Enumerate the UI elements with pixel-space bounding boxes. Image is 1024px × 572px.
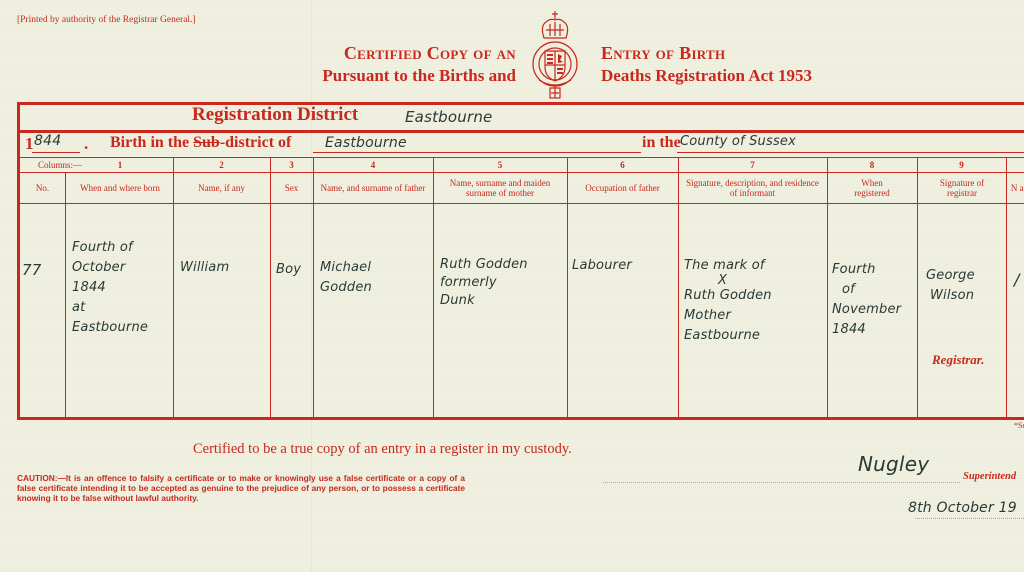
header-informant: Signature, description, and residence of…: [683, 175, 822, 203]
col-divider: [313, 157, 314, 419]
cell-after-mark: /: [1014, 270, 1020, 290]
subdistrict-value: Eastbourne: [325, 135, 407, 151]
registrar-sig-line: George: [926, 266, 975, 286]
registration-district-value: Eastbourne: [405, 108, 492, 126]
county-underline: [677, 152, 1024, 153]
printed-by-notice: [Printed by authority of the Registrar G…: [17, 15, 196, 25]
divider: [17, 157, 1024, 158]
year-prefix: 1: [25, 134, 34, 154]
column-number-7: 7: [678, 160, 827, 170]
year-underline: [32, 152, 80, 153]
column-number-2: 2: [173, 160, 270, 170]
title-pursuant: Pursuant to the Births and: [322, 65, 516, 86]
county-value: County of Sussex: [680, 134, 796, 149]
col-divider: [827, 157, 828, 419]
column-number-6: 6: [567, 160, 678, 170]
divider: [17, 172, 1024, 173]
cell-father: Michael Godden: [320, 258, 372, 298]
superintendent-label: Superintend: [963, 471, 1016, 482]
cell-no: 77: [22, 260, 42, 280]
certificate-date: 8th October 19: [908, 500, 1017, 516]
when-line: October: [72, 258, 148, 278]
header-name-after: N aft: [1010, 175, 1024, 203]
column-number-1: 1: [100, 160, 140, 170]
superintendent-signature: Nugley: [858, 452, 929, 476]
header-sex: Sex: [270, 175, 313, 203]
district-of-text: -district of: [220, 134, 292, 151]
col-divider: [678, 157, 679, 419]
col-divider: [917, 157, 918, 419]
col-divider: [1006, 157, 1007, 419]
informant-line: Ruth Godden: [684, 286, 772, 306]
year-handwritten: 844: [34, 133, 61, 149]
birth-subdistrict-label: Birth in the Sub-district of: [110, 134, 291, 152]
col-divider: [65, 172, 66, 419]
header-father: Name, and surname of father: [318, 175, 428, 203]
informant-line: The mark of: [684, 256, 772, 276]
date-line: [915, 518, 1024, 519]
royal-coat-of-arms-icon: [530, 8, 580, 101]
registrar-sig-line: Wilson: [926, 286, 975, 306]
cell-when-registered: Fourth of November 1844: [832, 260, 901, 340]
column-number-8: 8: [827, 160, 917, 170]
birth-in-the-text: Birth in the: [110, 134, 193, 151]
caution-notice: CAUTION:—It is an offence to falsify a c…: [17, 473, 465, 503]
registered-line: of: [832, 280, 901, 300]
certified-statement: Certified to be a true copy of an entry …: [193, 441, 572, 458]
header-registrar-signature: Signature of registrar: [927, 175, 997, 203]
column-number-5: 5: [433, 160, 567, 170]
column-number-9: 9: [917, 160, 1006, 170]
subdistrict-underline: [313, 152, 641, 153]
when-line: Fourth of: [72, 238, 148, 258]
mother-line: Ruth Godden: [440, 256, 528, 274]
registered-line: Fourth: [832, 260, 901, 280]
cell-occupation: Labourer: [572, 256, 632, 276]
informant-mark: X: [684, 276, 772, 286]
column-number-3: 3: [270, 160, 313, 170]
signature-line: [603, 482, 960, 483]
registration-district-label: Registration District: [192, 104, 358, 126]
column-number-4: 4: [313, 160, 433, 170]
header-when-registered: When registered: [845, 175, 899, 203]
columns-label: Columns:—: [30, 160, 90, 170]
when-line: Eastbourne: [72, 318, 148, 338]
father-line: Michael: [320, 258, 372, 278]
mother-line: formerly: [440, 274, 528, 292]
title-left: Certified Copy of an Pursuant to the Bir…: [322, 42, 516, 86]
father-line: Godden: [320, 278, 372, 298]
col-divider: [433, 157, 434, 419]
header-when-where-born: When and where born: [70, 175, 170, 203]
divider: [17, 130, 1024, 133]
cell-informant: The mark of X Ruth Godden Mother Eastbou…: [684, 256, 772, 346]
when-line: 1844: [72, 278, 148, 298]
title-certified-copy: Certified Copy of an: [322, 42, 516, 65]
registered-line: November: [832, 300, 901, 320]
title-entry-of-birth: Entry of Birth: [601, 42, 812, 65]
registrar-label: Registrar.: [932, 352, 984, 368]
cell-registrar-signature: George Wilson: [926, 266, 975, 306]
header-no: No.: [20, 175, 65, 203]
title-act: Deaths Registration Act 1953: [601, 65, 812, 86]
header-name: Name, if any: [173, 175, 270, 203]
see-note: *Se: [1014, 421, 1024, 430]
informant-line: Eastbourne: [684, 326, 772, 346]
cell-sex: Boy: [276, 260, 301, 280]
informant-line: Mother: [684, 306, 772, 326]
header-mother: Name, surname and maiden surname of moth…: [438, 175, 562, 203]
divider: [17, 203, 1024, 204]
title-right: Entry of Birth Deaths Registration Act 1…: [601, 42, 812, 86]
when-line: at: [72, 298, 148, 318]
registered-line: 1844: [832, 320, 901, 340]
cell-when-where: Fourth of October 1844 at Eastbourne: [72, 238, 148, 338]
cell-name: William: [180, 258, 229, 278]
mother-line: Dunk: [440, 292, 528, 310]
struck-sub-text: Sub: [193, 134, 220, 151]
header-occupation: Occupation of father: [567, 175, 678, 203]
cell-mother: Ruth Godden formerly Dunk: [440, 256, 528, 310]
county-label: in the: [642, 134, 681, 152]
year-dot: .: [84, 134, 88, 154]
